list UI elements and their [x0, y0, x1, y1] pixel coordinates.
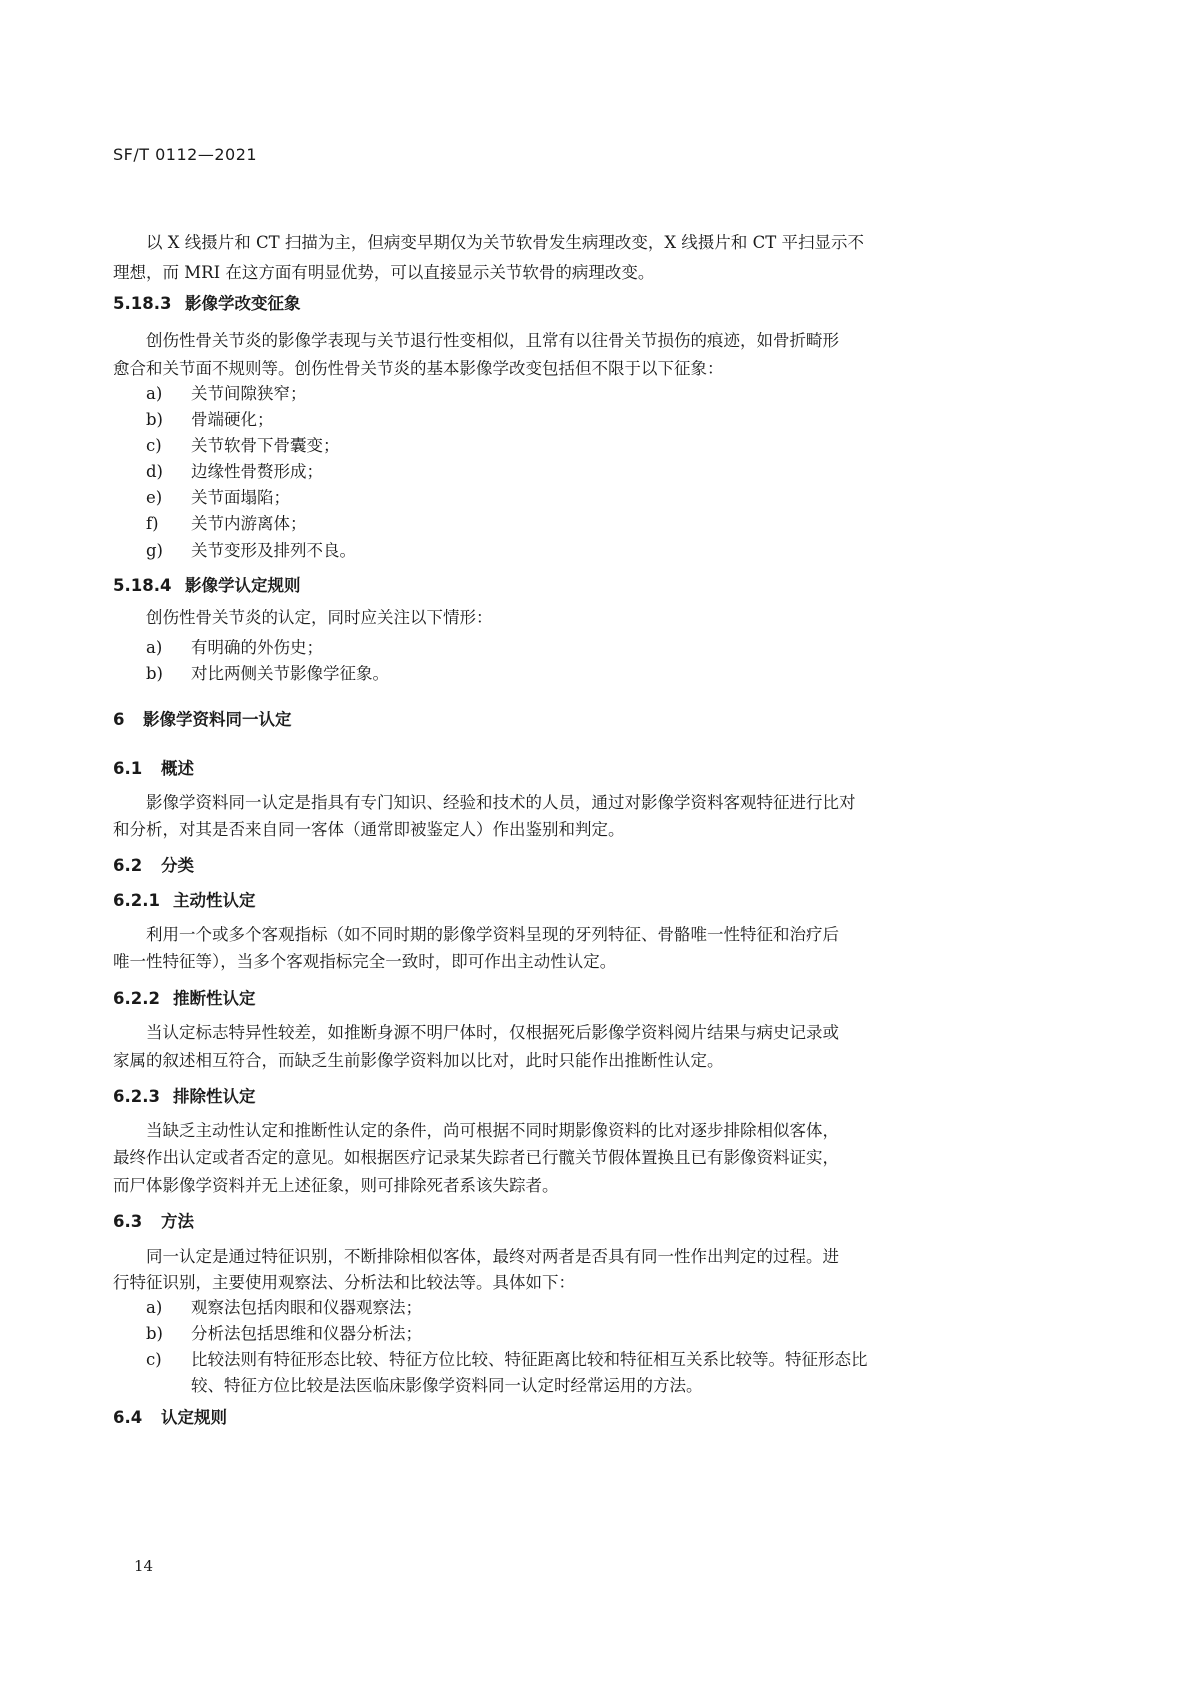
paragraph-line: 以 X 线摄片和 CT 扫描为主，但病变早期仅为关节软骨发生病理改变，X 线摄片…	[146, 228, 864, 258]
section-heading-6-3: 6.3方法	[113, 1208, 194, 1232]
list-marker: a)	[146, 1298, 191, 1317]
section-title: 概述	[161, 759, 194, 778]
section-number: 6	[113, 710, 143, 729]
list-item: b)对比两侧关节影像学征象。	[146, 660, 389, 684]
list-marker: a)	[146, 638, 191, 657]
list-marker: c)	[146, 1350, 191, 1369]
list-text: 比较法则有特征形态比较、特征方位比较、特征距离比较和特征相互关系比较等。特征形态…	[191, 1350, 868, 1369]
section-heading-6-2-3: 6.2.3排除性认定	[113, 1083, 256, 1107]
list-marker: b)	[146, 410, 191, 429]
section-title: 认定规则	[161, 1408, 227, 1427]
list-text: 关节软骨下骨囊变；	[191, 436, 340, 455]
paragraph-line: 创伤性骨关节炎的影像学表现与关节退行性变相似，且常有以往骨关节损伤的痕迹，如骨折…	[146, 326, 839, 356]
list-marker: g)	[146, 541, 191, 560]
paragraph-line: 而尸体影像学资料并无上述征象，则可排除死者系该失踪者。	[113, 1171, 559, 1201]
list-text: 对比两侧关节影像学征象。	[191, 664, 389, 683]
list-text: 骨端硬化；	[191, 410, 274, 429]
list-item: a)关节间隙狭窄；	[146, 380, 307, 404]
list-marker: a)	[146, 384, 191, 403]
list-text: 关节面塌陷；	[191, 488, 290, 507]
section-number: 5.18.3	[113, 294, 185, 313]
paragraph-line: 唯一性特征等），当多个客观指标完全一致时，即可作出主动性认定。	[113, 947, 616, 977]
section-heading-6-2-2: 6.2.2推断性认定	[113, 985, 256, 1009]
paragraph-line: 理想，而 MRI 在这方面有明显优势，可以直接显示关节软骨的病理改变。	[113, 258, 654, 288]
list-marker: f)	[146, 514, 191, 533]
section-title: 影像学改变征象	[185, 294, 301, 313]
list-item: c)关节软骨下骨囊变；	[146, 432, 340, 456]
section-heading-6-1: 6.1概述	[113, 755, 194, 779]
list-text: 关节变形及排列不良。	[191, 541, 356, 560]
list-marker: e)	[146, 488, 191, 507]
section-heading-5-18-4: 5.18.4影像学认定规则	[113, 572, 301, 596]
list-item: b)骨端硬化；	[146, 406, 274, 430]
list-item: a)观察法包括肉眼和仪器观察法；	[146, 1294, 422, 1318]
section-heading-6-2: 6.2分类	[113, 852, 194, 876]
list-text: 分析法包括思维和仪器分析法；	[191, 1324, 422, 1343]
list-text: 边缘性骨赘形成；	[191, 462, 323, 481]
section-title: 推断性认定	[173, 989, 256, 1008]
paragraph-line: 当认定标志特异性较差，如推断身源不明尸体时，仅根据死后影像学资料阅片结果与病史记…	[146, 1018, 839, 1048]
list-text: 关节间隙狭窄；	[191, 384, 307, 403]
list-item: e)关节面塌陷；	[146, 484, 290, 508]
paragraph-line: 和分析，对其是否来自同一客体（通常即被鉴定人）作出鉴别和判定。	[113, 815, 625, 845]
paragraph-line: 当缺乏主动性认定和推断性认定的条件，尚可根据不同时期影像资料的比对逐步排除相似客…	[146, 1116, 839, 1146]
list-item: f)关节内游离体；	[146, 510, 307, 534]
list-item: b)分析法包括思维和仪器分析法；	[146, 1320, 422, 1344]
list-text: 关节内游离体；	[191, 514, 307, 533]
section-number: 6.2.3	[113, 1087, 173, 1106]
section-title: 方法	[161, 1212, 194, 1231]
list-marker: b)	[146, 1324, 191, 1343]
section-number: 6.3	[113, 1212, 161, 1231]
paragraph-line: 最终作出认定或者否定的意见。如根据医疗记录某失踪者已行髋关节假体置换且已有影像资…	[113, 1143, 839, 1173]
list-item: c)比较法则有特征形态比较、特征方位比较、特征距离比较和特征相互关系比较等。特征…	[146, 1346, 868, 1370]
paragraph-line: 影像学资料同一认定是指具有专门知识、经验和技术的人员，通过对影像学资料客观特征进…	[146, 788, 856, 818]
list-item-continuation: 较、特征方位比较是法医临床影像学资料同一认定时经常运用的方法。	[191, 1372, 703, 1396]
list-item: a)有明确的外伤史；	[146, 634, 323, 658]
page-number: 14	[134, 1557, 153, 1575]
section-heading-6-2-1: 6.2.1主动性认定	[113, 887, 256, 911]
section-heading-5-18-3: 5.18.3影像学改变征象	[113, 290, 301, 314]
section-number: 6.1	[113, 759, 161, 778]
section-number: 6.2	[113, 856, 161, 875]
section-number: 6.2.1	[113, 891, 173, 910]
list-item: g)关节变形及排列不良。	[146, 537, 356, 561]
section-title: 分类	[161, 856, 194, 875]
section-title: 主动性认定	[173, 891, 256, 910]
section-heading-6-4: 6.4认定规则	[113, 1404, 227, 1428]
section-title: 影像学认定规则	[185, 576, 301, 595]
paragraph-line: 利用一个或多个客观指标（如不同时期的影像学资料呈现的牙列特征、骨骼唯一性特征和治…	[146, 920, 839, 950]
section-number: 6.4	[113, 1408, 161, 1427]
paragraph-line: 家属的叙述相互符合，而缺乏生前影像学资料加以比对，此时只能作出推断性认定。	[113, 1046, 724, 1076]
section-number: 5.18.4	[113, 576, 185, 595]
list-marker: c)	[146, 436, 191, 455]
section-number: 6.2.2	[113, 989, 173, 1008]
section-title: 影像学资料同一认定	[143, 710, 292, 729]
list-text: 有明确的外伤史；	[191, 638, 323, 657]
chapter-heading-6: 6影像学资料同一认定	[113, 706, 292, 730]
list-marker: d)	[146, 462, 191, 481]
list-marker: b)	[146, 664, 191, 683]
list-item: d)边缘性骨赘形成；	[146, 458, 323, 482]
section-title: 排除性认定	[173, 1087, 256, 1106]
list-text: 观察法包括肉眼和仪器观察法；	[191, 1298, 422, 1317]
paragraph-line: 创伤性骨关节炎的认定，同时应关注以下情形：	[146, 603, 493, 633]
document-code: SF/T 0112—2021	[113, 145, 257, 164]
